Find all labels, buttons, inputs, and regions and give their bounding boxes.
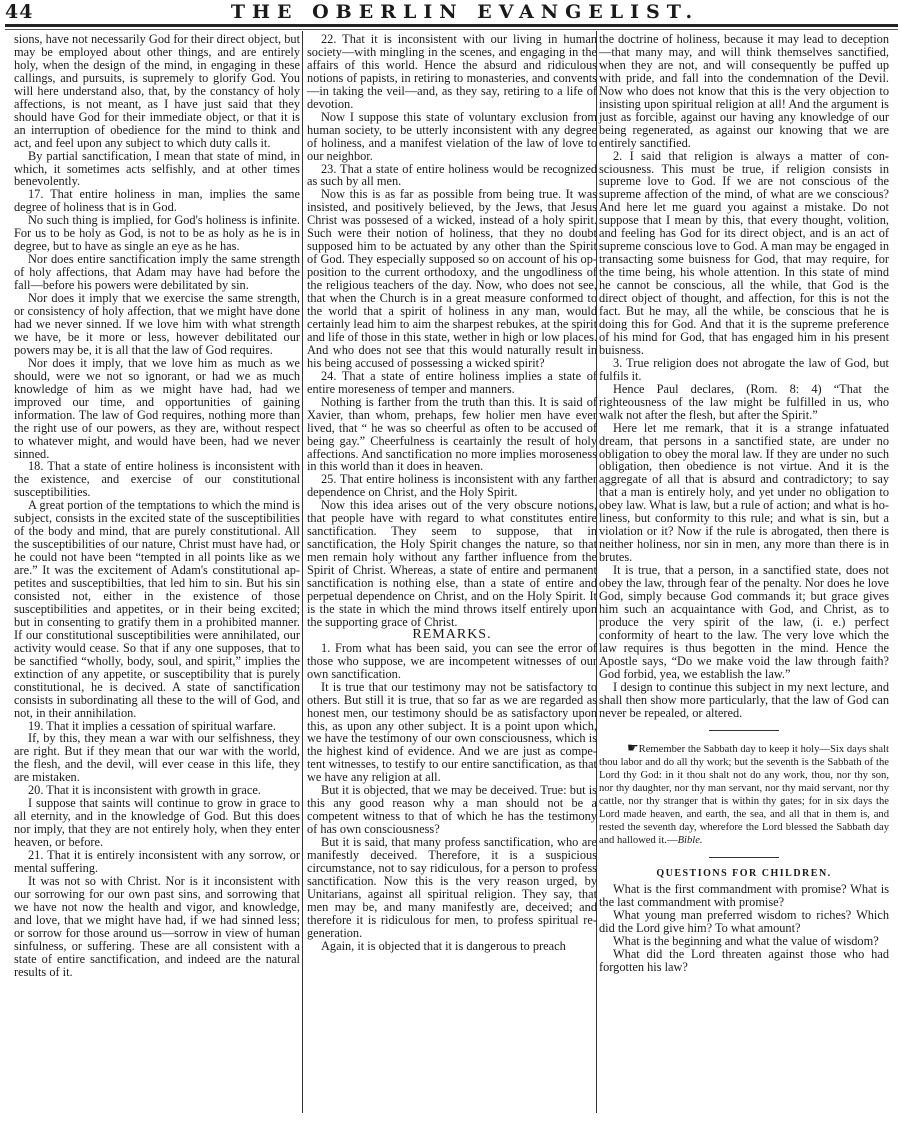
numbered-point: 24. That a state of entire holiness impl… xyxy=(307,370,597,396)
questions-heading: QUESTIONS FOR CHILDREN. xyxy=(599,868,889,881)
remark: 1. From what has been said, you can see … xyxy=(307,642,597,681)
paragraph: It is true, that a person, in a sanctifi… xyxy=(599,564,889,681)
paragraph: Now I suppose this state of voluntary ex… xyxy=(307,111,597,163)
section-separator xyxy=(709,857,779,858)
sabbath-source: Bible. xyxy=(678,835,703,846)
paragraph: But it is said, that many profess sancti… xyxy=(307,836,597,940)
question: What did the Lord threaten against those… xyxy=(599,948,889,974)
paragraph: Here let me remark, that it is a strange… xyxy=(599,422,889,564)
paragraph: Again, it is objected that it is dangero… xyxy=(307,940,597,953)
paragraph: Nor does it imply, that we love him as m… xyxy=(14,357,300,461)
sabbath-text: Remember the Sabbath day to keep it holy… xyxy=(599,744,889,846)
remark: 2. I said that religion is always a matt… xyxy=(599,150,889,357)
masthead-rule-thin xyxy=(5,29,898,30)
remarks-heading: REMARKS. xyxy=(307,629,597,642)
column-3: the doctrine of holiness, because it may… xyxy=(599,33,889,974)
paragraph: the doctrine of holiness, because it may… xyxy=(599,33,889,150)
numbered-point: 22. That it is inconsistent with our liv… xyxy=(307,33,597,111)
paragraph: I suppose that saints will continue to g… xyxy=(14,797,300,849)
paragraph: It is true that our testimony may not be… xyxy=(307,681,597,785)
paragraph: It was not so with Christ. Nor is it inc… xyxy=(14,875,300,979)
masthead-rule xyxy=(5,24,898,27)
numbered-point: 18. That a state of entire holiness is i… xyxy=(14,460,300,499)
paragraph: Now this is as far as possible from bein… xyxy=(307,188,597,369)
paragraph: Now this idea arises out of the very obs… xyxy=(307,499,597,629)
question: What is the first commandment with promi… xyxy=(599,883,889,909)
paragraph: By partial sanctification, I mean that s… xyxy=(14,150,300,189)
remark: 3. True religion does not abrogate the l… xyxy=(599,357,889,383)
numbered-point: 23. That a state of entire holiness woul… xyxy=(307,163,597,189)
paragraph: I design to continue this subject in my … xyxy=(599,681,889,720)
paragraph: Nor does it imply that we exercise the s… xyxy=(14,292,300,357)
paragraph: But it is objected, that we may be decei… xyxy=(307,784,597,836)
paragraph: Hence Paul declares, (Rom. 8: 4) “That t… xyxy=(599,383,889,422)
numbered-point: 17. That entire holiness in man, implies… xyxy=(14,188,300,214)
paragraph: Nor does entire sanctification imply the… xyxy=(14,253,300,292)
masthead: 44 THE OBERLIN EVANGELIST. xyxy=(0,0,900,22)
question: What young man preferred wisdom to riche… xyxy=(599,909,889,935)
column-divider xyxy=(302,31,303,1113)
numbered-point: 25. That entire holiness is inconsistent… xyxy=(307,473,597,499)
newspaper-title: THE OBERLIN EVANGELIST. xyxy=(0,1,900,23)
paragraph: sions, have not necessarily God for thei… xyxy=(14,33,300,150)
paragraph: If, by this, they mean a war with our se… xyxy=(14,732,300,784)
column-2: 22. That it is inconsistent with our liv… xyxy=(307,33,597,953)
sabbath-notice: ☛Remember the Sabbath day to keep it hol… xyxy=(599,741,889,847)
paragraph: A great portion of the temptations to wh… xyxy=(14,499,300,719)
paragraph: Nothing is farther from the truth than t… xyxy=(307,396,597,474)
paragraph: No such thing is implied, for God's holi… xyxy=(14,214,300,253)
section-separator xyxy=(709,730,779,731)
column-1: sions, have not necessarily God for thei… xyxy=(14,33,300,979)
pointing-hand-icon: ☛ xyxy=(613,741,639,754)
numbered-point: 21. That it is entirely inconsistent wit… xyxy=(14,849,300,875)
